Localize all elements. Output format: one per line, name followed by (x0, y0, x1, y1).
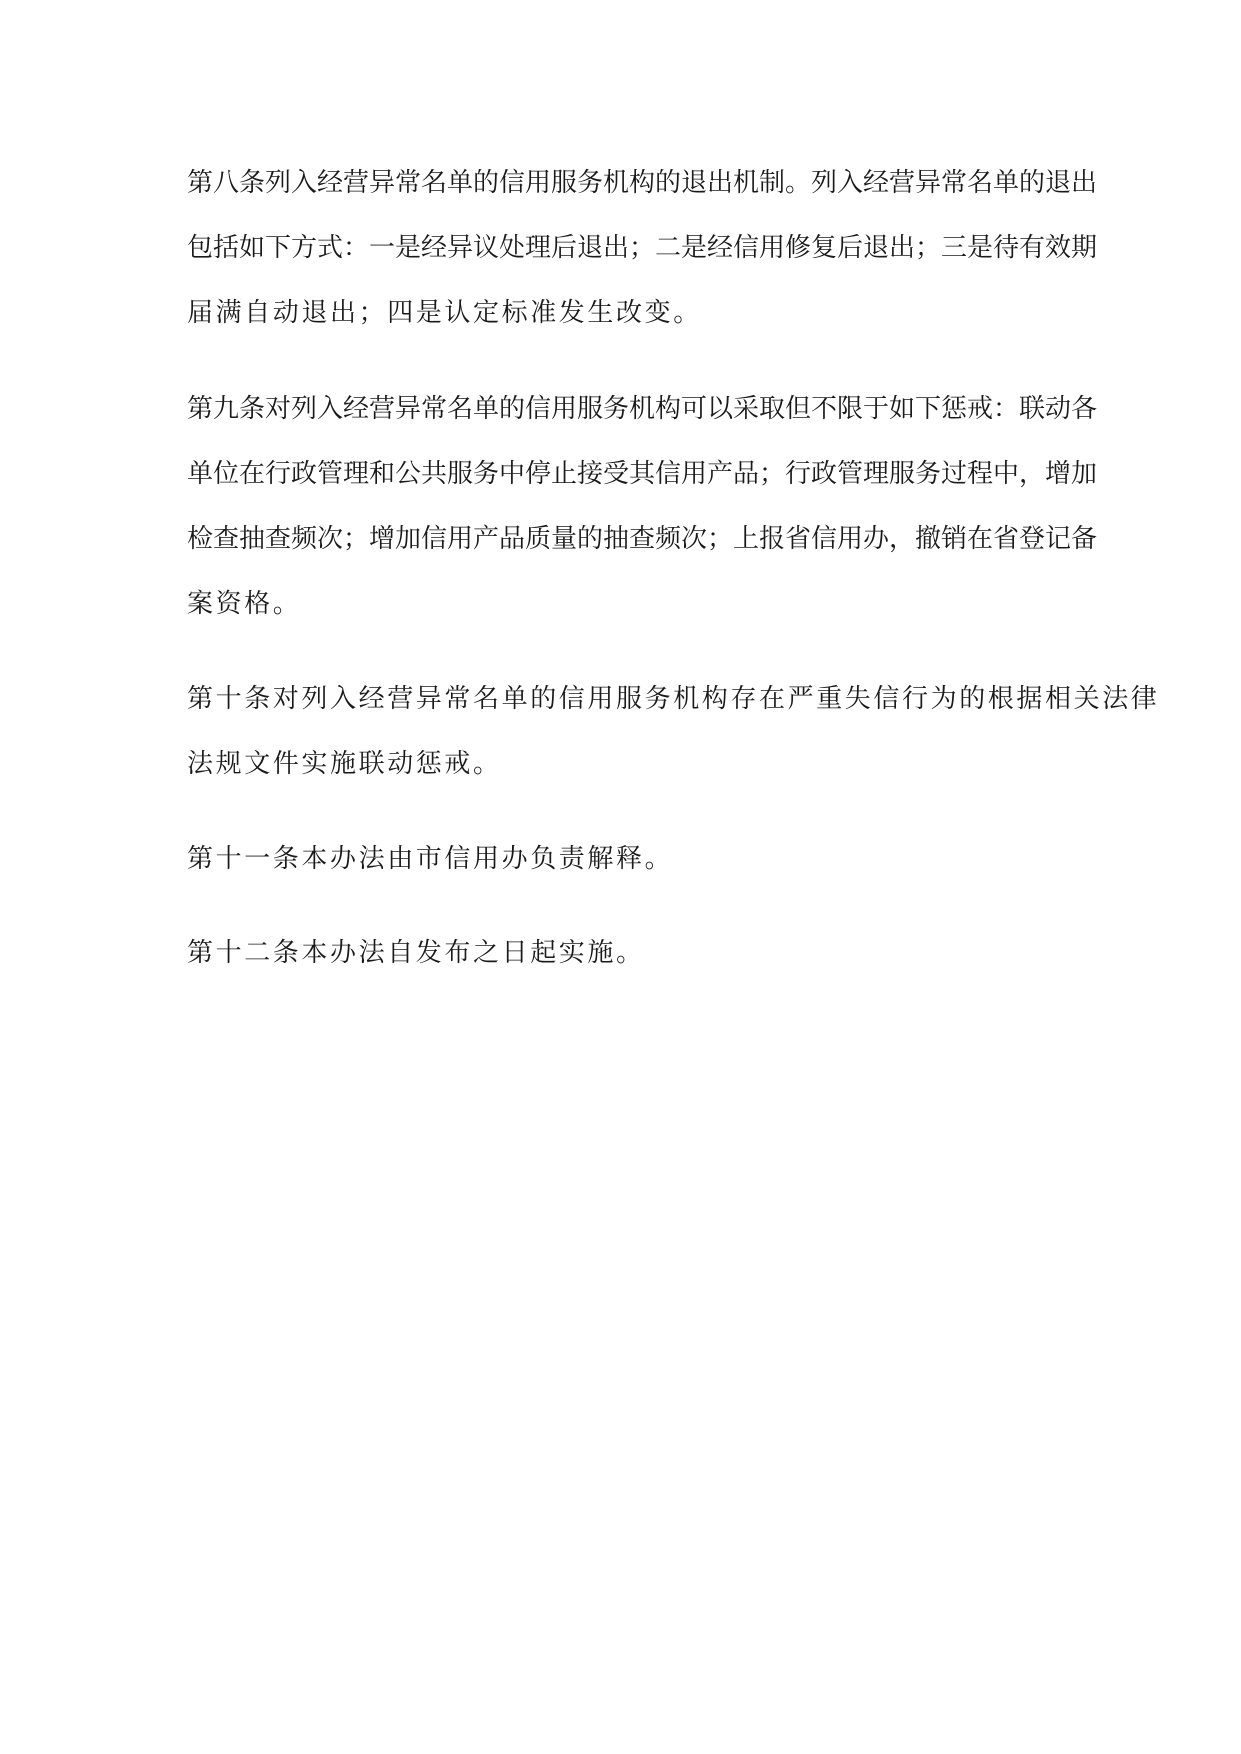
article-12-line-1: 第十二条本办法自发布之日起实施。 (187, 938, 1067, 968)
article-11-line-1: 第十一条本办法由市信用办负责解释。 (187, 844, 1067, 874)
article-9-line-4: 案资格。 (187, 589, 1067, 619)
article-10-line-2: 法规文件实施联动惩戒。 (187, 749, 1067, 779)
article-9-line-3: 检查抽查频次；增加信用产品质量的抽查频次；上报省信用办，撤销在省登记备 (187, 524, 1053, 554)
article-8-line-2: 包括如下方式：一是经异议处理后退出；二是经信用修复后退出；三是待有效期 (187, 233, 1053, 263)
article-8-line-3: 届满自动退出；四是认定标准发生改变。 (187, 298, 1067, 328)
article-10-line-1: 第十条对列入经营异常名单的信用服务机构存在严重失信行为的根据相关法律 (187, 684, 1067, 714)
document-page: 第八条列入经营异常名单的信用服务机构的退出机制。列入经营异常名单的退出 包括如下… (0, 0, 1241, 1754)
article-9-line-1: 第九条对列入经营异常名单的信用服务机构可以采取但不限于如下惩戒：联动各 (187, 394, 1053, 424)
article-9-line-2: 单位在行政管理和公共服务中停止接受其信用产品；行政管理服务过程中，增加 (187, 459, 1053, 489)
article-8-line-1: 第八条列入经营异常名单的信用服务机构的退出机制。列入经营异常名单的退出 (187, 168, 1053, 198)
